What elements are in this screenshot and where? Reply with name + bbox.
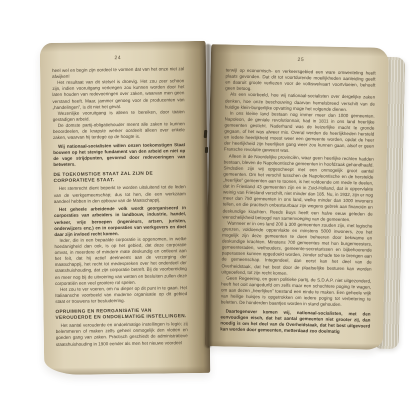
book-page-left: 24 heel wel en begin zijn oordeel te vor… [40,41,211,375]
paragraph: Wanneer er in ons land 200 à 300 gemeent… [221,220,372,278]
bold-paragraph: Het geheele arbeidende volk wordt georga… [54,205,186,237]
paragraph: terwijl op economisch- en verkeersgebied… [225,67,375,95]
section-heading: OPRUIMING EN REORGANISATIE VAN VEROUDERD… [55,307,187,321]
book-page-right: 25 terwijl op economisch- en verkeersgeb… [205,44,389,350]
paragraph: Het stemrecht dient beperkt te worden ui… [54,185,186,205]
paragraph: In ons kleine land bestaan nog immer mee… [224,110,375,156]
open-book: 24 heel wel en begin zijn oordeel te vor… [0,0,416,416]
photo-open-book: 24 heel wel en begin zijn oordeel te vor… [0,0,416,416]
page-number-right: 25 [226,55,376,64]
bold-paragraph: Daartegenover komen wij, nationaal-socia… [220,308,370,336]
paragraph: De domste partij-obligatiehouder meent a… [53,121,185,141]
paragraph: Alleen in de Noordelijke provinciën, waa… [222,153,373,223]
section-heading: DE TOEKOMSTIGE STAAT ZAL ZIJN DE CORPORA… [53,170,185,184]
ink-speck [205,147,208,153]
bold-paragraph: Wij nationaal-socialisten willen onzen t… [53,142,185,168]
right-page-content: 25 terwijl op economisch- en verkeersgeb… [220,55,376,335]
paragraph: Ieder, die in een bepaalde corporatie is… [54,236,187,287]
paragraph: Geen Regeering, en geen politieke partij… [221,275,372,309]
left-page-content: 24 heel wel en begin zijn oordeel te vor… [52,54,188,348]
page-number-left: 24 [52,54,184,62]
ink-speck [204,130,208,138]
paragraph: Het resultaat van dit stelsel is droevig… [52,78,184,110]
paragraph: Het aantal verouderde en ondoelmatige in… [56,321,188,347]
paragraph: Het zou te ver voeren, om nu dieper op d… [55,285,187,305]
book-spine-crease [203,44,213,348]
